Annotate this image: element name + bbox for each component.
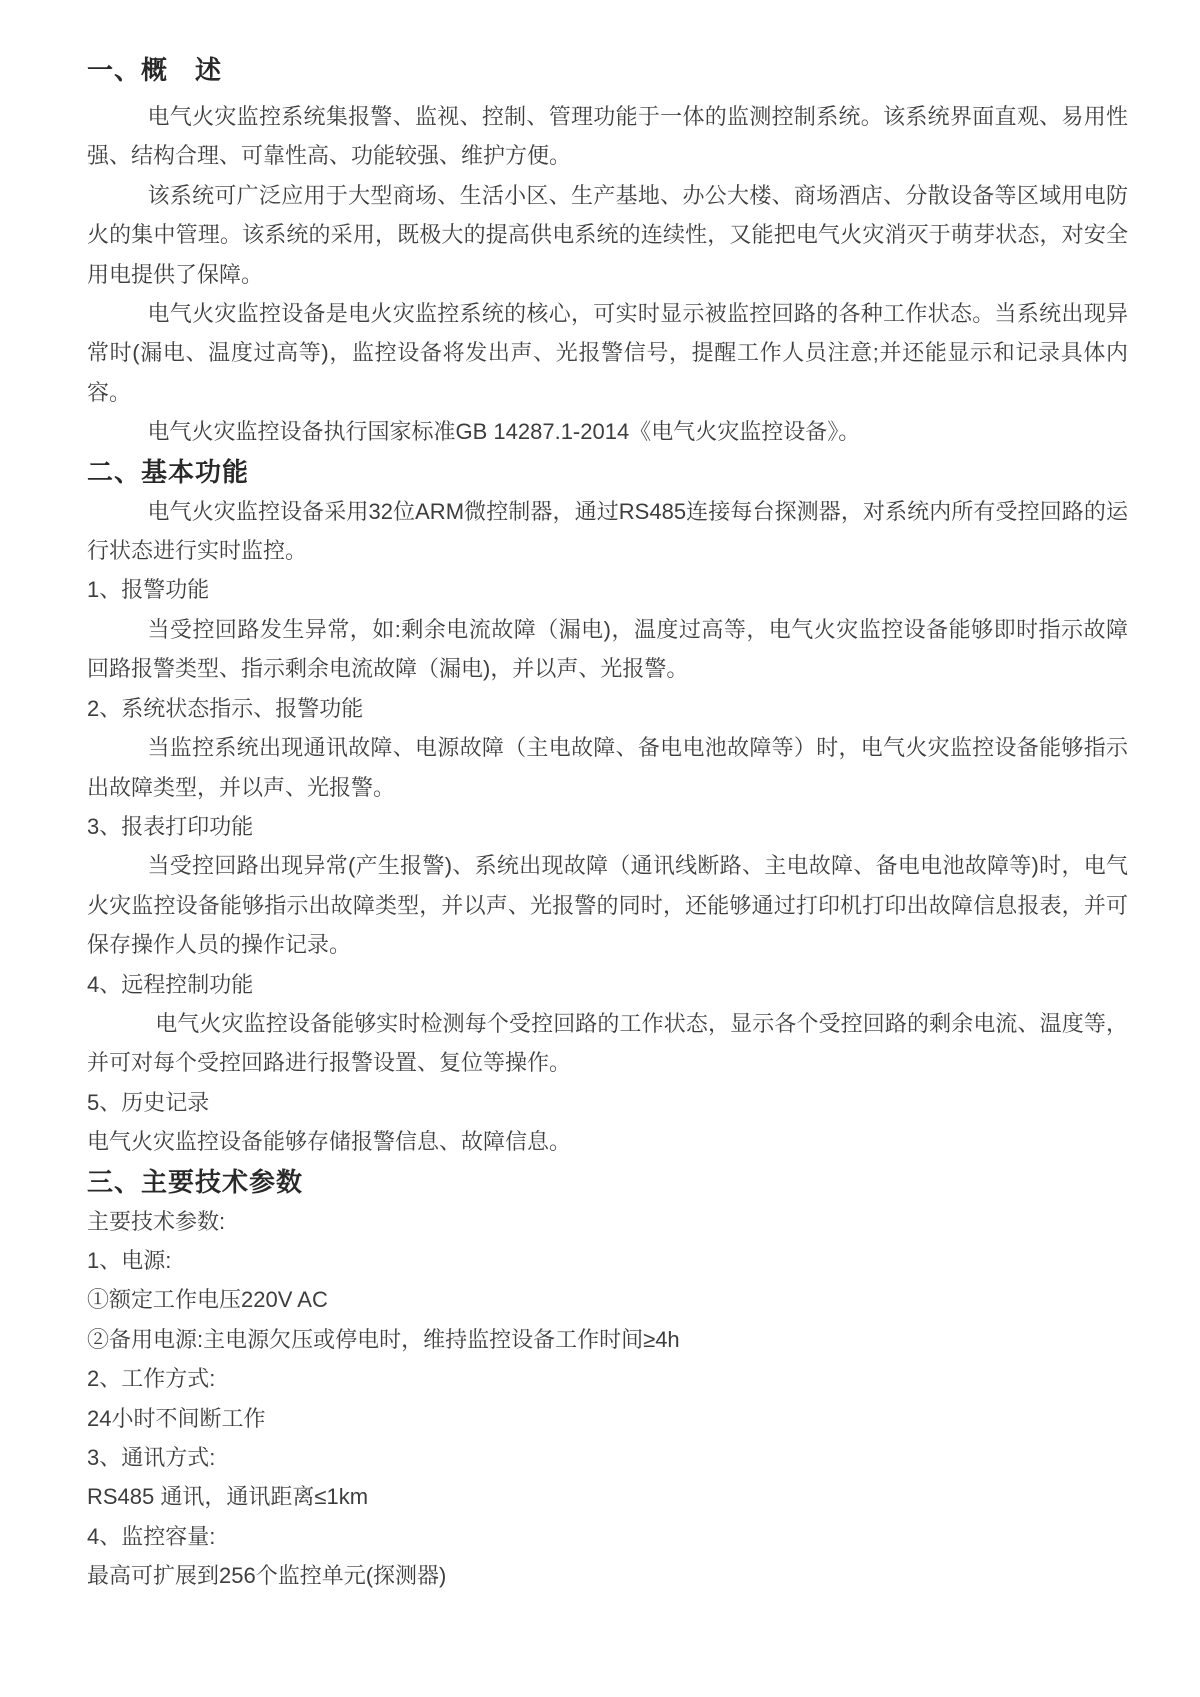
section-3-item-workmode-body: 24小时不间断工作 <box>87 1399 1128 1438</box>
document-body: 一、概 述 电气火灾监控系统集报警、监视、控制、管理功能于一体的监测控制系统。该… <box>87 50 1128 1596</box>
section-2-item-3-title: 3、报表打印功能 <box>87 807 1128 846</box>
section-3-item-comm-title: 3、通讯方式: <box>87 1438 1128 1477</box>
section-2-item-2-title: 2、系统状态指示、报警功能 <box>87 689 1128 728</box>
section-2-paragraph-intro: 电气火灾监控设备采用32位ARM微控制器，通过RS485连接每台探测器，对系统内… <box>87 492 1128 571</box>
section-3-item-power-backup: ②备用电源:主电源欠压或停电时，维持监控设备工作时间≥4h <box>87 1320 1128 1359</box>
section-3-item-capacity-title: 4、监控容量: <box>87 1517 1128 1556</box>
section-2-item-3-body: 当受控回路出现异常(产生报警)、系统出现故障（通讯线断路、主电故障、备电电池故障… <box>87 846 1128 964</box>
section-3-item-power-title: 1、电源: <box>87 1241 1128 1280</box>
section-2-item-1-body: 当受控回路发生异常，如:剩余电流故障（漏电)，温度过高等，电气火灾监控设备能够即… <box>87 610 1128 689</box>
section-1-paragraph-standard: 电气火灾监控设备执行国家标准GB 14287.1-2014《电气火灾监控设备》。 <box>87 412 1128 451</box>
section-2-item-1-title: 1、报警功能 <box>87 570 1128 609</box>
section-2-item-5-title: 5、历史记录 <box>87 1083 1128 1122</box>
section-2-item-4-title: 4、远程控制功能 <box>87 965 1128 1004</box>
section-3-item-capacity-body: 最高可扩展到256个监控单元(探测器) <box>87 1556 1128 1595</box>
section-1-paragraph-application: 该系统可广泛应用于大型商场、生活小区、生产基地、办公大楼、商场酒店、分散设备等区… <box>87 176 1128 294</box>
section-3-item-comm-body: RS485 通讯，通讯距离≤1km <box>87 1477 1128 1516</box>
section-2-item-4-body: 电气火灾监控设备能够实时检测每个受控回路的工作状态，显示各个受控回路的剩余电流、… <box>87 1004 1128 1083</box>
section-1-paragraph-overview: 电气火灾监控系统集报警、监视、控制、管理功能于一体的监测控制系统。该系统界面直观… <box>87 97 1128 176</box>
section-3-item-workmode-title: 2、工作方式: <box>87 1359 1128 1398</box>
section-3-item-power-voltage: ①额定工作电压220V AC <box>87 1280 1128 1319</box>
section-3-paragraph-intro: 主要技术参数: <box>87 1202 1128 1241</box>
document-page: 一、概 述 电气火灾监控系统集报警、监视、控制、管理功能于一体的监测控制系统。该… <box>0 0 1200 1697</box>
section-3-heading: 三、主要技术参数 <box>87 1162 1128 1202</box>
section-1-paragraph-device-core: 电气火灾监控设备是电火灾监控系统的核心，可实时显示被监控回路的各种工作状态。当系… <box>87 294 1128 412</box>
section-2-item-2-body: 当监控系统出现通讯故障、电源故障（主电故障、备电电池故障等）时，电气火灾监控设备… <box>87 728 1128 807</box>
section-2-item-5-body: 电气火灾监控设备能够存储报警信息、故障信息。 <box>87 1122 1128 1161</box>
section-1-heading: 一、概 述 <box>87 50 1128 90</box>
section-2-heading: 二、基本功能 <box>87 452 1128 492</box>
